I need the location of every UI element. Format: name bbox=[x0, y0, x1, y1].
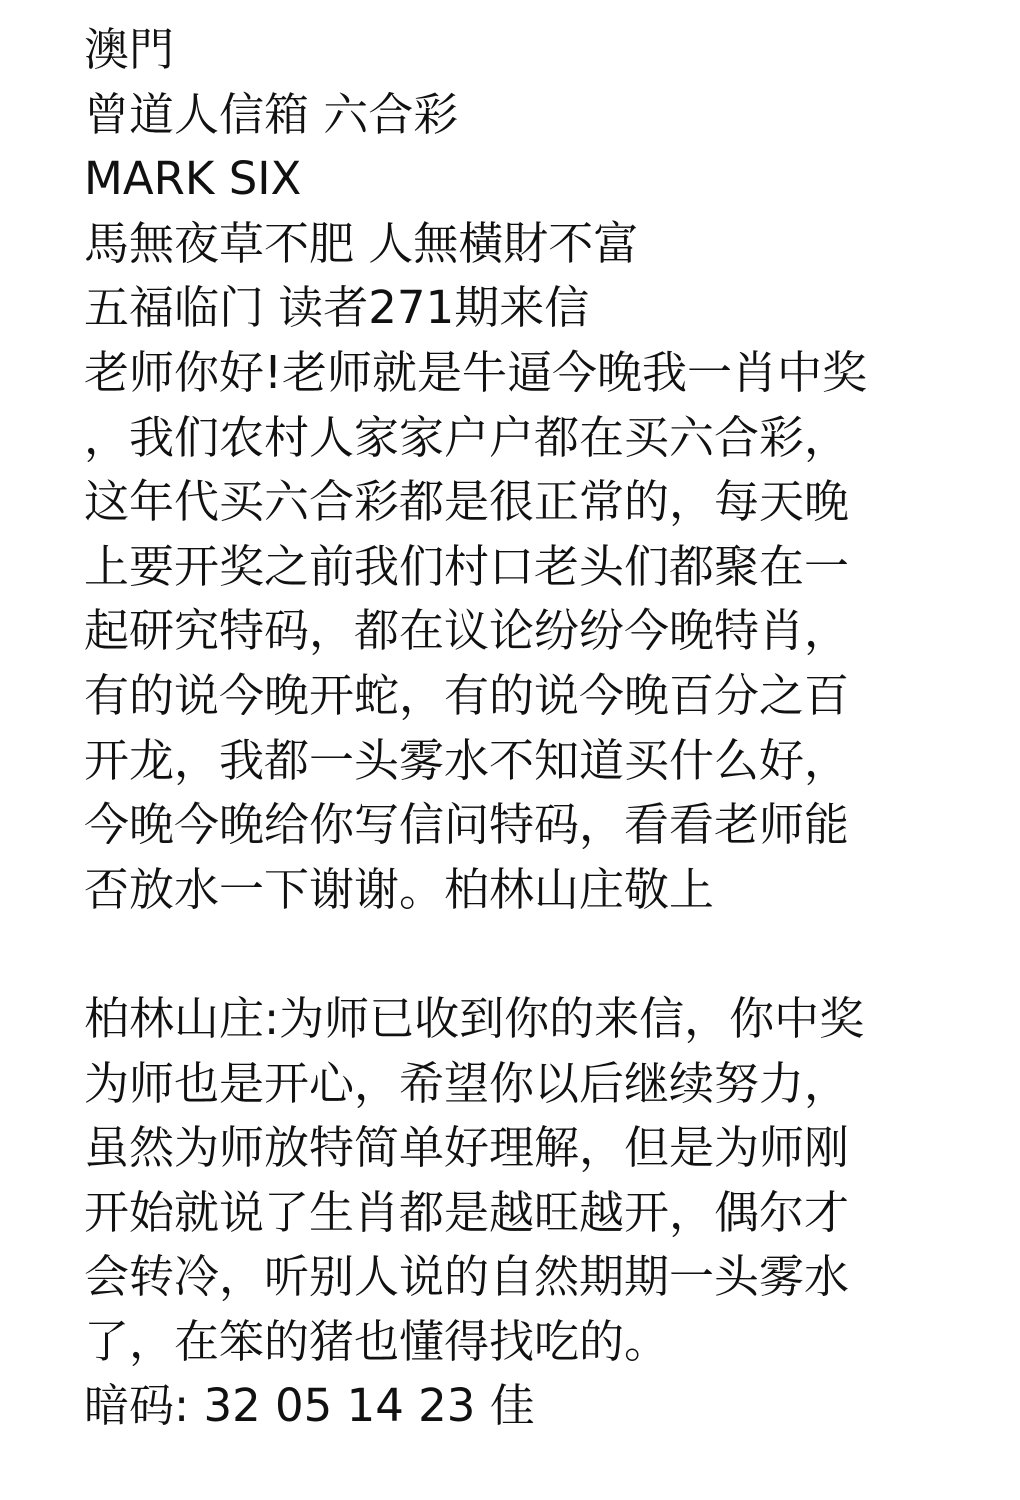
english-title: MARK SIX bbox=[84, 147, 984, 212]
reader-letter: 老师你好!老师就是牛逼今晚我一肖中奖 ，我们农村人家家户户都在买六合彩， 这年代… bbox=[84, 341, 984, 922]
letter-line: 有的说今晚开蛇，有的说今晚百分之百 bbox=[84, 664, 984, 729]
reply-line: 会转冷，听别人说的自然期期一头雾水 bbox=[84, 1245, 984, 1310]
letter-line: ，我们农村人家家户户都在买六合彩， bbox=[84, 406, 984, 471]
letter-line: 否放水一下谢谢。柏林山庄敬上 bbox=[84, 858, 984, 923]
column-title: 曾道人信箱 六合彩 bbox=[84, 83, 984, 148]
letter-line: 今晚今晚给你写信问特码，看看老师能 bbox=[84, 793, 984, 858]
paragraph-gap bbox=[84, 922, 984, 987]
proverb: 馬無夜草不肥 人無橫財不富 bbox=[84, 212, 984, 277]
letter-line: 老师你好!老师就是牛逼今晚我一肖中奖 bbox=[84, 341, 984, 406]
issue-line: 五福临门 读者271期来信 bbox=[84, 276, 984, 341]
letter-line: 上要开奖之前我们村口老头们都聚在一 bbox=[84, 535, 984, 600]
letter-line: 这年代买六合彩都是很正常的，每天晚 bbox=[84, 470, 984, 535]
code-line: 暗码: 32 05 14 23 佳 bbox=[84, 1374, 984, 1439]
reply: 柏林山庄:为师已收到你的来信，你中奖 为师也是开心，希望你以后继续努力， 虽然为… bbox=[84, 987, 984, 1375]
location-heading: 澳門 bbox=[84, 18, 984, 83]
reply-line: 为师也是开心，希望你以后继续努力， bbox=[84, 1052, 984, 1117]
reply-line: 柏林山庄:为师已收到你的来信，你中奖 bbox=[84, 987, 984, 1052]
document-body: 澳門 曾道人信箱 六合彩 MARK SIX 馬無夜草不肥 人無橫財不富 五福临门… bbox=[84, 18, 984, 1439]
letter-line: 起研究特码，都在议论纷纷今晚特肖， bbox=[84, 599, 984, 664]
reply-line: 开始就说了生肖都是越旺越开，偶尔才 bbox=[84, 1181, 984, 1246]
letter-line: 开龙，我都一头雾水不知道买什么好， bbox=[84, 729, 984, 794]
reply-line: 了，在笨的猪也懂得找吃的。 bbox=[84, 1310, 984, 1375]
reply-line: 虽然为师放特简单好理解，但是为师刚 bbox=[84, 1116, 984, 1181]
